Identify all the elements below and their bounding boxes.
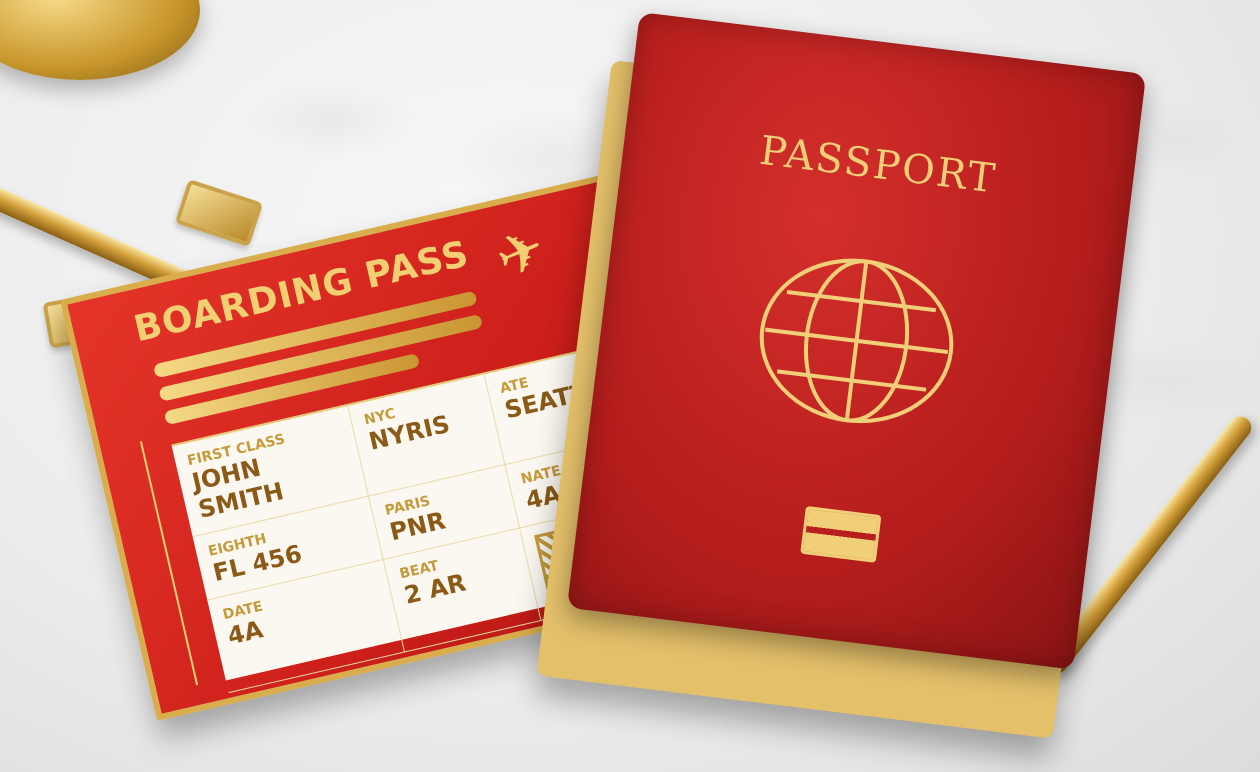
globe-icon <box>747 244 966 437</box>
passport: PASSPORT <box>567 12 1146 670</box>
passport-title: PASSPORT <box>622 111 1134 219</box>
airplane-icon: ✈ <box>487 215 556 293</box>
biometric-chip-icon <box>800 506 881 563</box>
